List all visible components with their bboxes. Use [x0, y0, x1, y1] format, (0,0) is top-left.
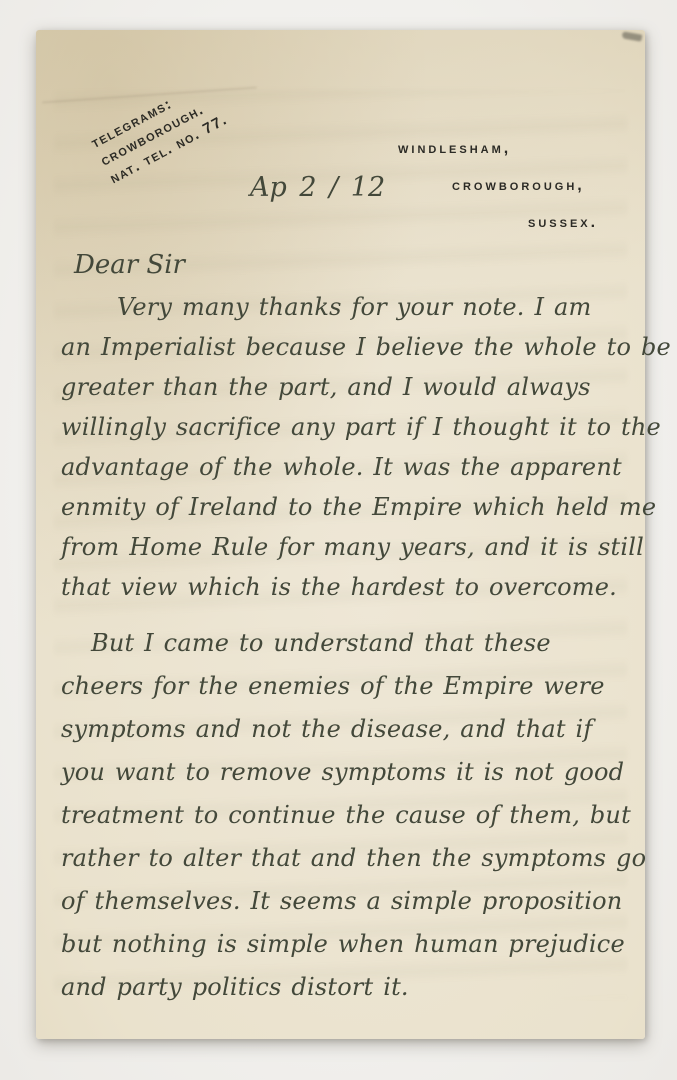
handwriting-line: Very many thanks for your note. I am — [61, 287, 645, 327]
handwriting-line: greater than the part, and I would alway… — [61, 367, 645, 407]
letter-paper: Telegrams: Crowborough. Nat. Tel. No. 77… — [36, 30, 645, 1039]
handwriting-line: of themselves. It seems a simple proposi… — [61, 880, 645, 923]
handwriting-line: treatment to continue the cause of them,… — [61, 794, 645, 837]
telegram-stamp: Telegrams: Crowborough. Nat. Tel. No. 77… — [88, 75, 231, 189]
letterhead-address-line2: Crowborough, — [452, 177, 585, 195]
paragraph-1: Very many thanks for your note. I am an … — [61, 287, 645, 607]
letterhead-address-line3: Sussex. — [528, 214, 598, 232]
handwritten-date: Ap 2 / 12 — [250, 172, 385, 203]
handwriting-line: that view which is the hardest to overco… — [61, 567, 645, 607]
paragraph-2: But I came to understand that these chee… — [61, 622, 645, 1009]
handwriting-line: an Imperialist because I believe the who… — [61, 327, 645, 367]
paper-crease — [42, 87, 257, 104]
handwriting-line: But I came to understand that these — [61, 622, 645, 665]
handwriting-line: cheers for the enemies of the Empire wer… — [61, 665, 645, 708]
handwriting-line: and party politics distort it. — [61, 966, 645, 1009]
handwriting-line: but nothing is simple when human prejudi… — [61, 923, 645, 966]
handwriting-line: rather to alter that and then the sympto… — [61, 837, 645, 880]
salutation: Dear Sir — [74, 250, 185, 280]
handwriting-line: you want to remove symptoms it is not go… — [61, 751, 645, 794]
handwriting-line: enmity of Ireland to the Empire which he… — [61, 487, 645, 527]
handwriting-line: symptoms and not the disease, and that i… — [61, 708, 645, 751]
photo-backdrop: Telegrams: Crowborough. Nat. Tel. No. 77… — [0, 0, 677, 1080]
handwriting-line: willingly sacrifice any part if I though… — [61, 407, 645, 447]
corner-smudge — [622, 31, 643, 41]
handwriting-line: from Home Rule for many years, and it is… — [61, 527, 645, 567]
handwriting-line: advantage of the whole. It was the appar… — [61, 447, 645, 487]
letterhead-address-line1: Windlesham, — [398, 140, 511, 158]
